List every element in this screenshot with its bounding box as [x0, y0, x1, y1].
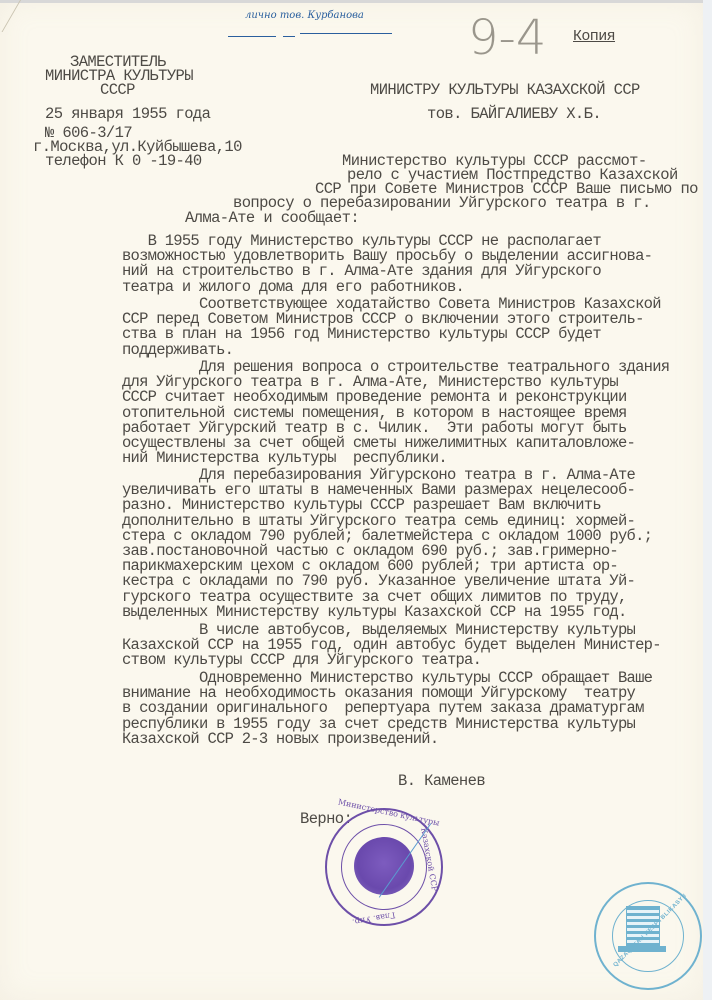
paragraph-repertoire: Одновременно Министерство культуры СССР …: [122, 671, 682, 747]
scan-right-edge: [703, 0, 712, 1000]
paragraph-funding: В 1955 году Министерство культуры СССР н…: [122, 234, 682, 295]
pencil-mark: 9-4: [468, 10, 546, 66]
letter-date: 25 января 1955 года: [45, 107, 210, 122]
text-line: выделенных Министерству культуры Казахск…: [122, 605, 682, 620]
scan-top-border: [0, 0, 712, 3]
text-line: поддерживать.: [122, 343, 682, 358]
stamp-top-text: Министерство культуры: [337, 797, 440, 827]
paragraph-petition: Соответствующее ходатайство Совета Минис…: [122, 297, 682, 358]
addressee-name: тов. БАЙГАЛИЕВУ Х.Б.: [427, 107, 601, 122]
official-stamp: Министерство культуры Казахской ССР Глав…: [325, 808, 443, 926]
paragraph-renovation: Для решения вопроса о строительстве теат…: [122, 360, 682, 466]
archive-stamp: QAZAQSTAN RESPÝBLIKASY PREZIDENTINIŃ ARH…: [594, 882, 702, 990]
text-line: ний Министерства культуры республики.: [122, 451, 682, 466]
sender-country: СССР: [100, 83, 135, 98]
addressee-title: МИНИСТРУ КУЛЬТУРЫ КАЗАХСКОЙ ССР: [370, 83, 640, 98]
stamp-inner-ring: [341, 824, 427, 910]
handwritten-note: лично тов. Курбанова: [245, 10, 364, 21]
copy-mark: Копия: [573, 28, 615, 45]
paragraph-staff: Для перебазирования Уйгурсконо театра в …: [122, 468, 682, 620]
stamp-bottom-text: Глав. Упр.: [352, 910, 396, 926]
handwritten-underline: [300, 33, 392, 34]
sender-phone: телефон К 0 -19-40: [45, 154, 202, 169]
state-emblem-icon: [354, 837, 414, 895]
corner-fold: [0, 0, 21, 32]
document-page: лично тов. Курбанова 9-4 Копия ЗАМЕСТИТЕ…: [0, 0, 703, 1000]
text-line: Казахской ССР 2-3 новых произведений.: [122, 732, 682, 747]
paragraph-bus: В числе автобусов, выделяемых Министерст…: [122, 623, 682, 669]
text-line: театра и жилого дома для его работников.: [122, 280, 682, 295]
intro-line: Алма-Ате и сообщает:: [185, 211, 359, 226]
handwritten-underline: [283, 36, 295, 37]
handwritten-underline: [228, 36, 276, 37]
text-line: ством культуры СССР для Уйгурского театр…: [122, 653, 682, 668]
signature-name: В. Каменев: [398, 774, 485, 789]
